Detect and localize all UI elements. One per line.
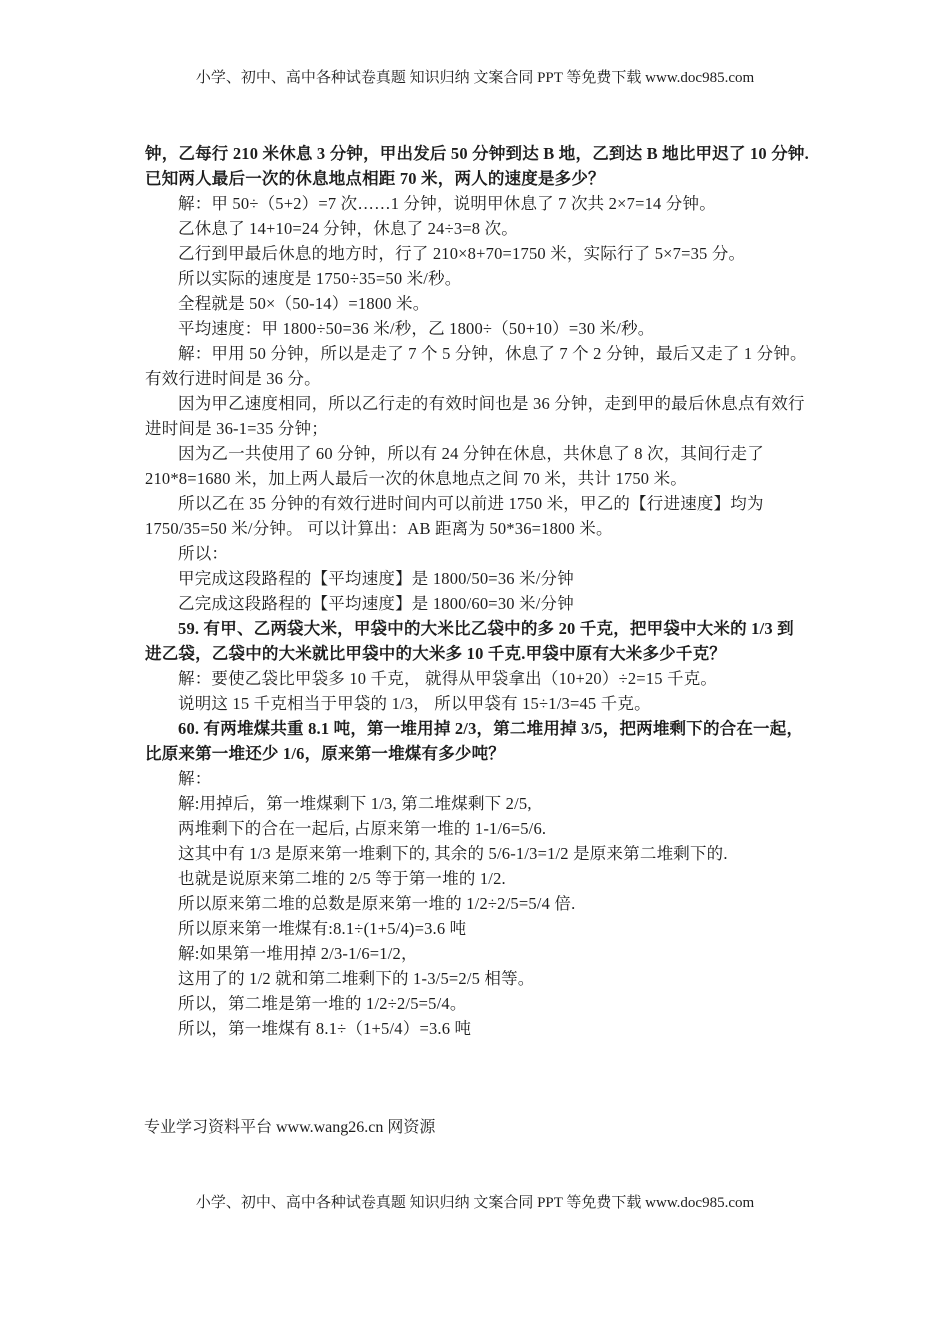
- text-line: 乙行到甲最后休息的地方时，行了 210×8+70=1750 米，实际行了 5×7…: [145, 241, 845, 266]
- text-line: 已知两人最后一次的休息地点相距 70 米，两人的速度是多少？: [145, 166, 845, 191]
- text-line: 比原来第一堆还少 1/6，原来第一堆煤有多少吨？: [145, 741, 845, 766]
- text-line: 解:用掉后，第一堆煤剩下 1/3, 第二堆煤剩下 2/5,: [145, 791, 845, 816]
- text-line: 60. 有两堆煤共重 8.1 吨，第一堆用掉 2/3，第二堆用掉 3/5，把两堆…: [145, 716, 845, 741]
- text-line: 解：甲 50÷（5+2）=7 次……1 分钟，说明甲休息了 7 次共 2×7=1…: [145, 191, 845, 216]
- text-line: 甲完成这段路程的【平均速度】是 1800/50=36 米/分钟: [145, 566, 845, 591]
- text-line: 所以乙在 35 分钟的有效行进时间内可以前进 1750 米，甲乙的【行进速度】均…: [145, 491, 845, 516]
- text-line: 1750/35=50 米/分钟。 可以计算出：AB 距离为 50*36=1800…: [145, 516, 845, 541]
- page-footer-promo: 小学、初中、高中各种试卷真题 知识归纳 文案合同 PPT 等免费下载 www.d…: [0, 1192, 950, 1214]
- text-line: 进时间是 36-1=35 分钟；: [145, 416, 845, 441]
- text-line: 钟，乙每行 210 米休息 3 分钟，甲出发后 50 分钟到达 B 地，乙到达 …: [145, 141, 845, 166]
- text-line: 有效行进时间是 36 分。: [145, 366, 845, 391]
- text-line: 所以，第二堆是第一堆的 1/2÷2/5=5/4。: [145, 991, 845, 1016]
- text-line: 所以实际的速度是 1750÷35=50 米/秒。: [145, 266, 845, 291]
- text-line: 这用了的 1/2 就和第二堆剩下的 1-3/5=2/5 相等。: [145, 966, 845, 991]
- platform-footer: 专业学习资料平台 www.wang26.cn 网资源: [144, 1115, 435, 1140]
- text-line: 解：要使乙袋比甲袋多 10 千克， 就得从甲袋拿出（10+20）÷2=15 千克…: [145, 666, 845, 691]
- text-line: 因为乙一共使用了 60 分钟，所以有 24 分钟在休息，共休息了 8 次，其间行…: [145, 441, 845, 466]
- text-line: 解：: [145, 766, 845, 791]
- text-line: 说明这 15 千克相当于甲袋的 1/3， 所以甲袋有 15÷1/3=45 千克。: [145, 691, 845, 716]
- text-line: 这其中有 1/3 是原来第一堆剩下的, 其余的 5/6-1/3=1/2 是原来第…: [145, 841, 845, 866]
- text-line: 解:如果第一堆用掉 2/3-1/6=1/2，: [145, 941, 845, 966]
- text-line: 所以：: [145, 541, 845, 566]
- text-line: 两堆剩下的合在一起后, 占原来第一堆的 1-1/6=5/6.: [145, 816, 845, 841]
- document-page: 小学、初中、高中各种试卷真题 知识归纳 文案合同 PPT 等免费下载 www.d…: [0, 0, 950, 1344]
- text-line: 59. 有甲、乙两袋大米，甲袋中的大米比乙袋中的多 20 千克，把甲袋中大米的 …: [145, 616, 845, 641]
- text-line: 所以，第一堆煤有 8.1÷（1+5/4）=3.6 吨: [145, 1016, 845, 1041]
- text-line: 解：甲用 50 分钟，所以是走了 7 个 5 分钟，休息了 7 个 2 分钟，最…: [145, 341, 845, 366]
- text-line: 平均速度：甲 1800÷50=36 米/秒，乙 1800÷（50+10）=30 …: [145, 316, 845, 341]
- text-line: 所以原来第二堆的总数是原来第一堆的 1/2÷2/5=5/4 倍.: [145, 891, 845, 916]
- text-line: 乙休息了 14+10=24 分钟，休息了 24÷3=8 次。: [145, 216, 845, 241]
- text-line: 全程就是 50×（50-14）=1800 米。: [145, 291, 845, 316]
- page-header-promo: 小学、初中、高中各种试卷真题 知识归纳 文案合同 PPT 等免费下载 www.d…: [0, 67, 950, 89]
- text-line: 乙完成这段路程的【平均速度】是 1800/60=30 米/分钟: [145, 591, 845, 616]
- document-body: 钟，乙每行 210 米休息 3 分钟，甲出发后 50 分钟到达 B 地，乙到达 …: [145, 141, 845, 1041]
- text-line: 也就是说原来第二堆的 2/5 等于第一堆的 1/2.: [145, 866, 845, 891]
- text-line: 所以原来第一堆煤有:8.1÷(1+5/4)=3.6 吨: [145, 916, 845, 941]
- text-line: 进乙袋，乙袋中的大米就比甲袋中的大米多 10 千克.甲袋中原有大米多少千克？: [145, 641, 845, 666]
- text-line: 210*8=1680 米，加上两人最后一次的休息地点之间 70 米，共计 175…: [145, 466, 845, 491]
- text-line: 因为甲乙速度相同，所以乙行走的有效时间也是 36 分钟，走到甲的最后休息点有效行: [145, 391, 845, 416]
